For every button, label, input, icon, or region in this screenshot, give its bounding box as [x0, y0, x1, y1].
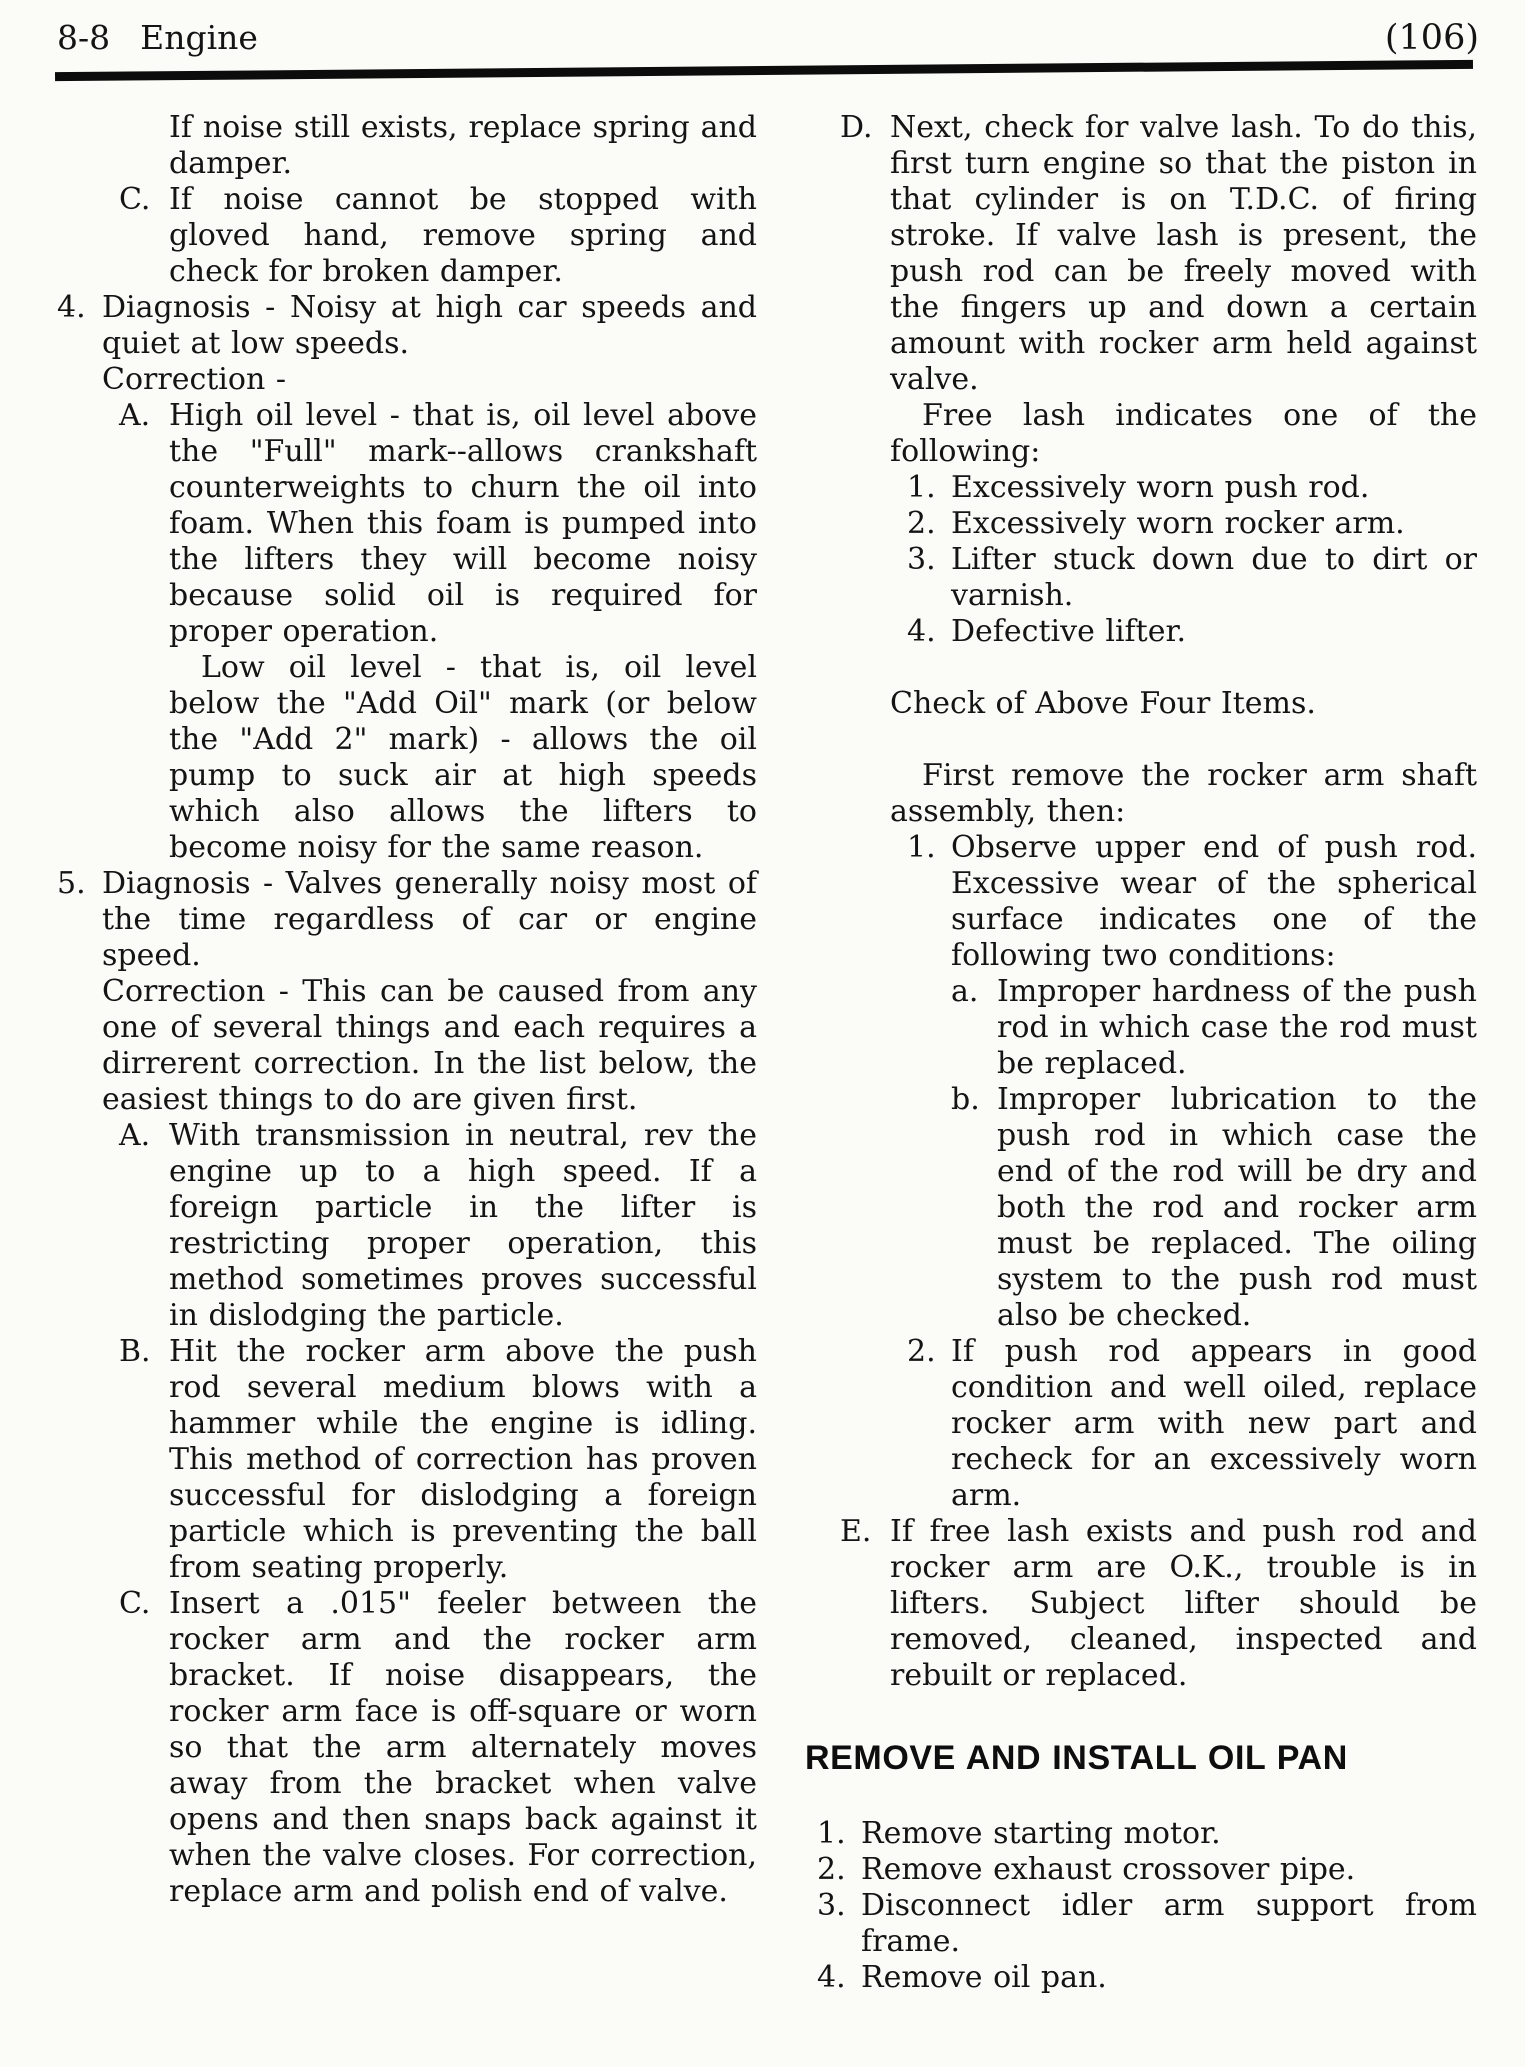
- item-label: b.: [951, 1082, 980, 1118]
- item-text: Remove starting motor.: [861, 1816, 1221, 1851]
- item-text: Diagnosis - Noisy at high car speeds and…: [102, 290, 757, 361]
- paragraph: Check of Above Four Items.: [805, 686, 1477, 722]
- list-item-numbered: 4.Diagnosis - Noisy at high car speeds a…: [57, 290, 757, 362]
- sublist-item-numbered: 4.Defective lifter.: [805, 614, 1477, 650]
- item-text: Next, check for valve lash. To do this, …: [890, 110, 1477, 397]
- right-column: D.Next, check for valve lash. To do this…: [805, 110, 1477, 1996]
- sublist-item-numbered: 1.Observe upper end of push rod. Excessi…: [805, 830, 1477, 974]
- item-label: E.: [840, 1514, 871, 1550]
- item-label: 2.: [817, 1852, 846, 1888]
- item-text: Correction - This can be caused from any…: [102, 974, 757, 1117]
- list-item-lettered: D.Next, check for valve lash. To do this…: [805, 110, 1477, 398]
- item-label: D.: [840, 110, 873, 146]
- sublist-item-numbered: 2.Excessively worn rocker arm.: [805, 506, 1477, 542]
- section-number: 8-8: [57, 18, 110, 57]
- item-label: a.: [951, 974, 978, 1010]
- item-text: Low oil level - that is, oil level below…: [169, 650, 757, 866]
- left-column: If noise still exists, replace spring an…: [57, 110, 757, 1996]
- item-text: Correction -: [102, 362, 286, 397]
- item-text: Diagnosis - Valves generally noisy most …: [102, 866, 757, 973]
- procedure-step: 4.Remove oil pan.: [805, 1960, 1477, 1996]
- vertical-gap: [805, 722, 1477, 758]
- item-text: Disconnect idler arm support from frame.: [861, 1888, 1477, 1959]
- header-section: 8-8 Engine: [57, 18, 258, 57]
- item-text: If noise cannot be stopped with gloved h…: [169, 182, 757, 289]
- item-text: First remove the rocker arm shaft assemb…: [890, 758, 1477, 830]
- item-text: Hit the rocker arm above the push rod se…: [169, 1334, 757, 1585]
- item-text: Check of Above Four Items.: [890, 686, 1316, 721]
- vertical-gap: [805, 650, 1477, 686]
- manual-page: 8-8 Engine (106) If noise still exists, …: [0, 0, 1525, 2067]
- list-item-lettered: A.With transmission in neutral, rev the …: [57, 1118, 757, 1334]
- list-item-lettered: B.Hit the rocker arm above the push rod …: [57, 1334, 757, 1586]
- list-item-lettered: E.If free lash exists and push rod and r…: [805, 1514, 1477, 1694]
- item-text: If free lash exists and push rod and roc…: [890, 1514, 1477, 1693]
- paragraph: If noise still exists, replace spring an…: [57, 110, 757, 182]
- sublist-item-lettered: a.Improper hardness of the push rod in w…: [805, 974, 1477, 1082]
- paragraph-indented: Low oil level - that is, oil level below…: [57, 650, 757, 866]
- item-label: 1.: [817, 1816, 846, 1852]
- item-label: 1.: [907, 830, 936, 866]
- sublist-item-numbered: 1.Excessively worn push rod.: [805, 470, 1477, 506]
- item-text: Insert a .015" feeler between the rocker…: [169, 1586, 757, 1909]
- item-text: Free lash indicates one of the following…: [890, 398, 1477, 470]
- item-text: High oil level - that is, oil level abov…: [169, 398, 757, 649]
- item-text: Defective lifter.: [951, 614, 1186, 649]
- item-text: If noise still exists, replace spring an…: [169, 110, 757, 181]
- item-label: 4.: [907, 614, 936, 650]
- item-text: Lifter stuck down due to dirt or varnish…: [951, 542, 1477, 613]
- section-heading: REMOVE AND INSTALL OIL PAN: [805, 1740, 1477, 1776]
- paragraph-indented: First remove the rocker arm shaft assemb…: [805, 758, 1477, 830]
- page-number: (106): [1385, 18, 1479, 58]
- procedure-step: 1.Remove starting motor.: [805, 1816, 1477, 1852]
- procedure-step: 2.Remove exhaust crossover pipe.: [805, 1852, 1477, 1888]
- section-title: Engine: [140, 18, 258, 57]
- page-header: 8-8 Engine (106): [57, 18, 1479, 58]
- sublist-item-numbered: 2.If push rod appears in good condition …: [805, 1334, 1477, 1514]
- item-label: A.: [119, 1118, 150, 1154]
- list-item-lettered: C.If noise cannot be stopped with gloved…: [57, 182, 757, 290]
- item-text: Excessively worn push rod.: [951, 470, 1369, 505]
- item-label: A.: [119, 398, 150, 434]
- item-label: C.: [119, 1586, 150, 1622]
- item-label: 2.: [907, 506, 936, 542]
- header-rule: [55, 60, 1473, 81]
- item-label: 3.: [817, 1888, 846, 1924]
- item-label: 3.: [907, 542, 936, 578]
- item-text: With transmission in neutral, rev the en…: [169, 1118, 757, 1333]
- item-text: Improper lubrication to the push rod in …: [997, 1082, 1477, 1333]
- list-item-lettered: A.High oil level - that is, oil level ab…: [57, 398, 757, 650]
- item-text: If push rod appears in good condition an…: [951, 1334, 1477, 1513]
- procedure-step: 3.Disconnect idler arm support from fram…: [805, 1888, 1477, 1960]
- item-text: Remove oil pan.: [861, 1960, 1107, 1995]
- item-label: 1.: [907, 470, 936, 506]
- item-text: Improper hardness of the push rod in whi…: [997, 974, 1477, 1081]
- item-label: 4.: [57, 290, 86, 326]
- list-item-numbered: 5.Diagnosis - Valves generally noisy mos…: [57, 866, 757, 974]
- item-text: Excessively worn rocker arm.: [951, 506, 1405, 541]
- item-label: 2.: [907, 1334, 936, 1370]
- item-label: 5.: [57, 866, 86, 902]
- list-item-lettered: C.Insert a .015" feeler between the rock…: [57, 1586, 757, 1910]
- paragraph: Correction -: [57, 362, 757, 398]
- two-column-body: If noise still exists, replace spring an…: [57, 110, 1477, 1996]
- sublist-item-lettered: b.Improper lubrication to the push rod i…: [805, 1082, 1477, 1334]
- paragraph: Correction - This can be caused from any…: [57, 974, 757, 1118]
- sublist-item-numbered: 3.Lifter stuck down due to dirt or varni…: [805, 542, 1477, 614]
- item-text: Remove exhaust crossover pipe.: [861, 1852, 1355, 1887]
- item-label: 4.: [817, 1960, 846, 1996]
- item-label: C.: [119, 182, 150, 218]
- item-label: B.: [119, 1334, 151, 1370]
- paragraph-indented: Free lash indicates one of the following…: [805, 398, 1477, 470]
- item-text: Observe upper end of push rod. Excessive…: [951, 830, 1477, 973]
